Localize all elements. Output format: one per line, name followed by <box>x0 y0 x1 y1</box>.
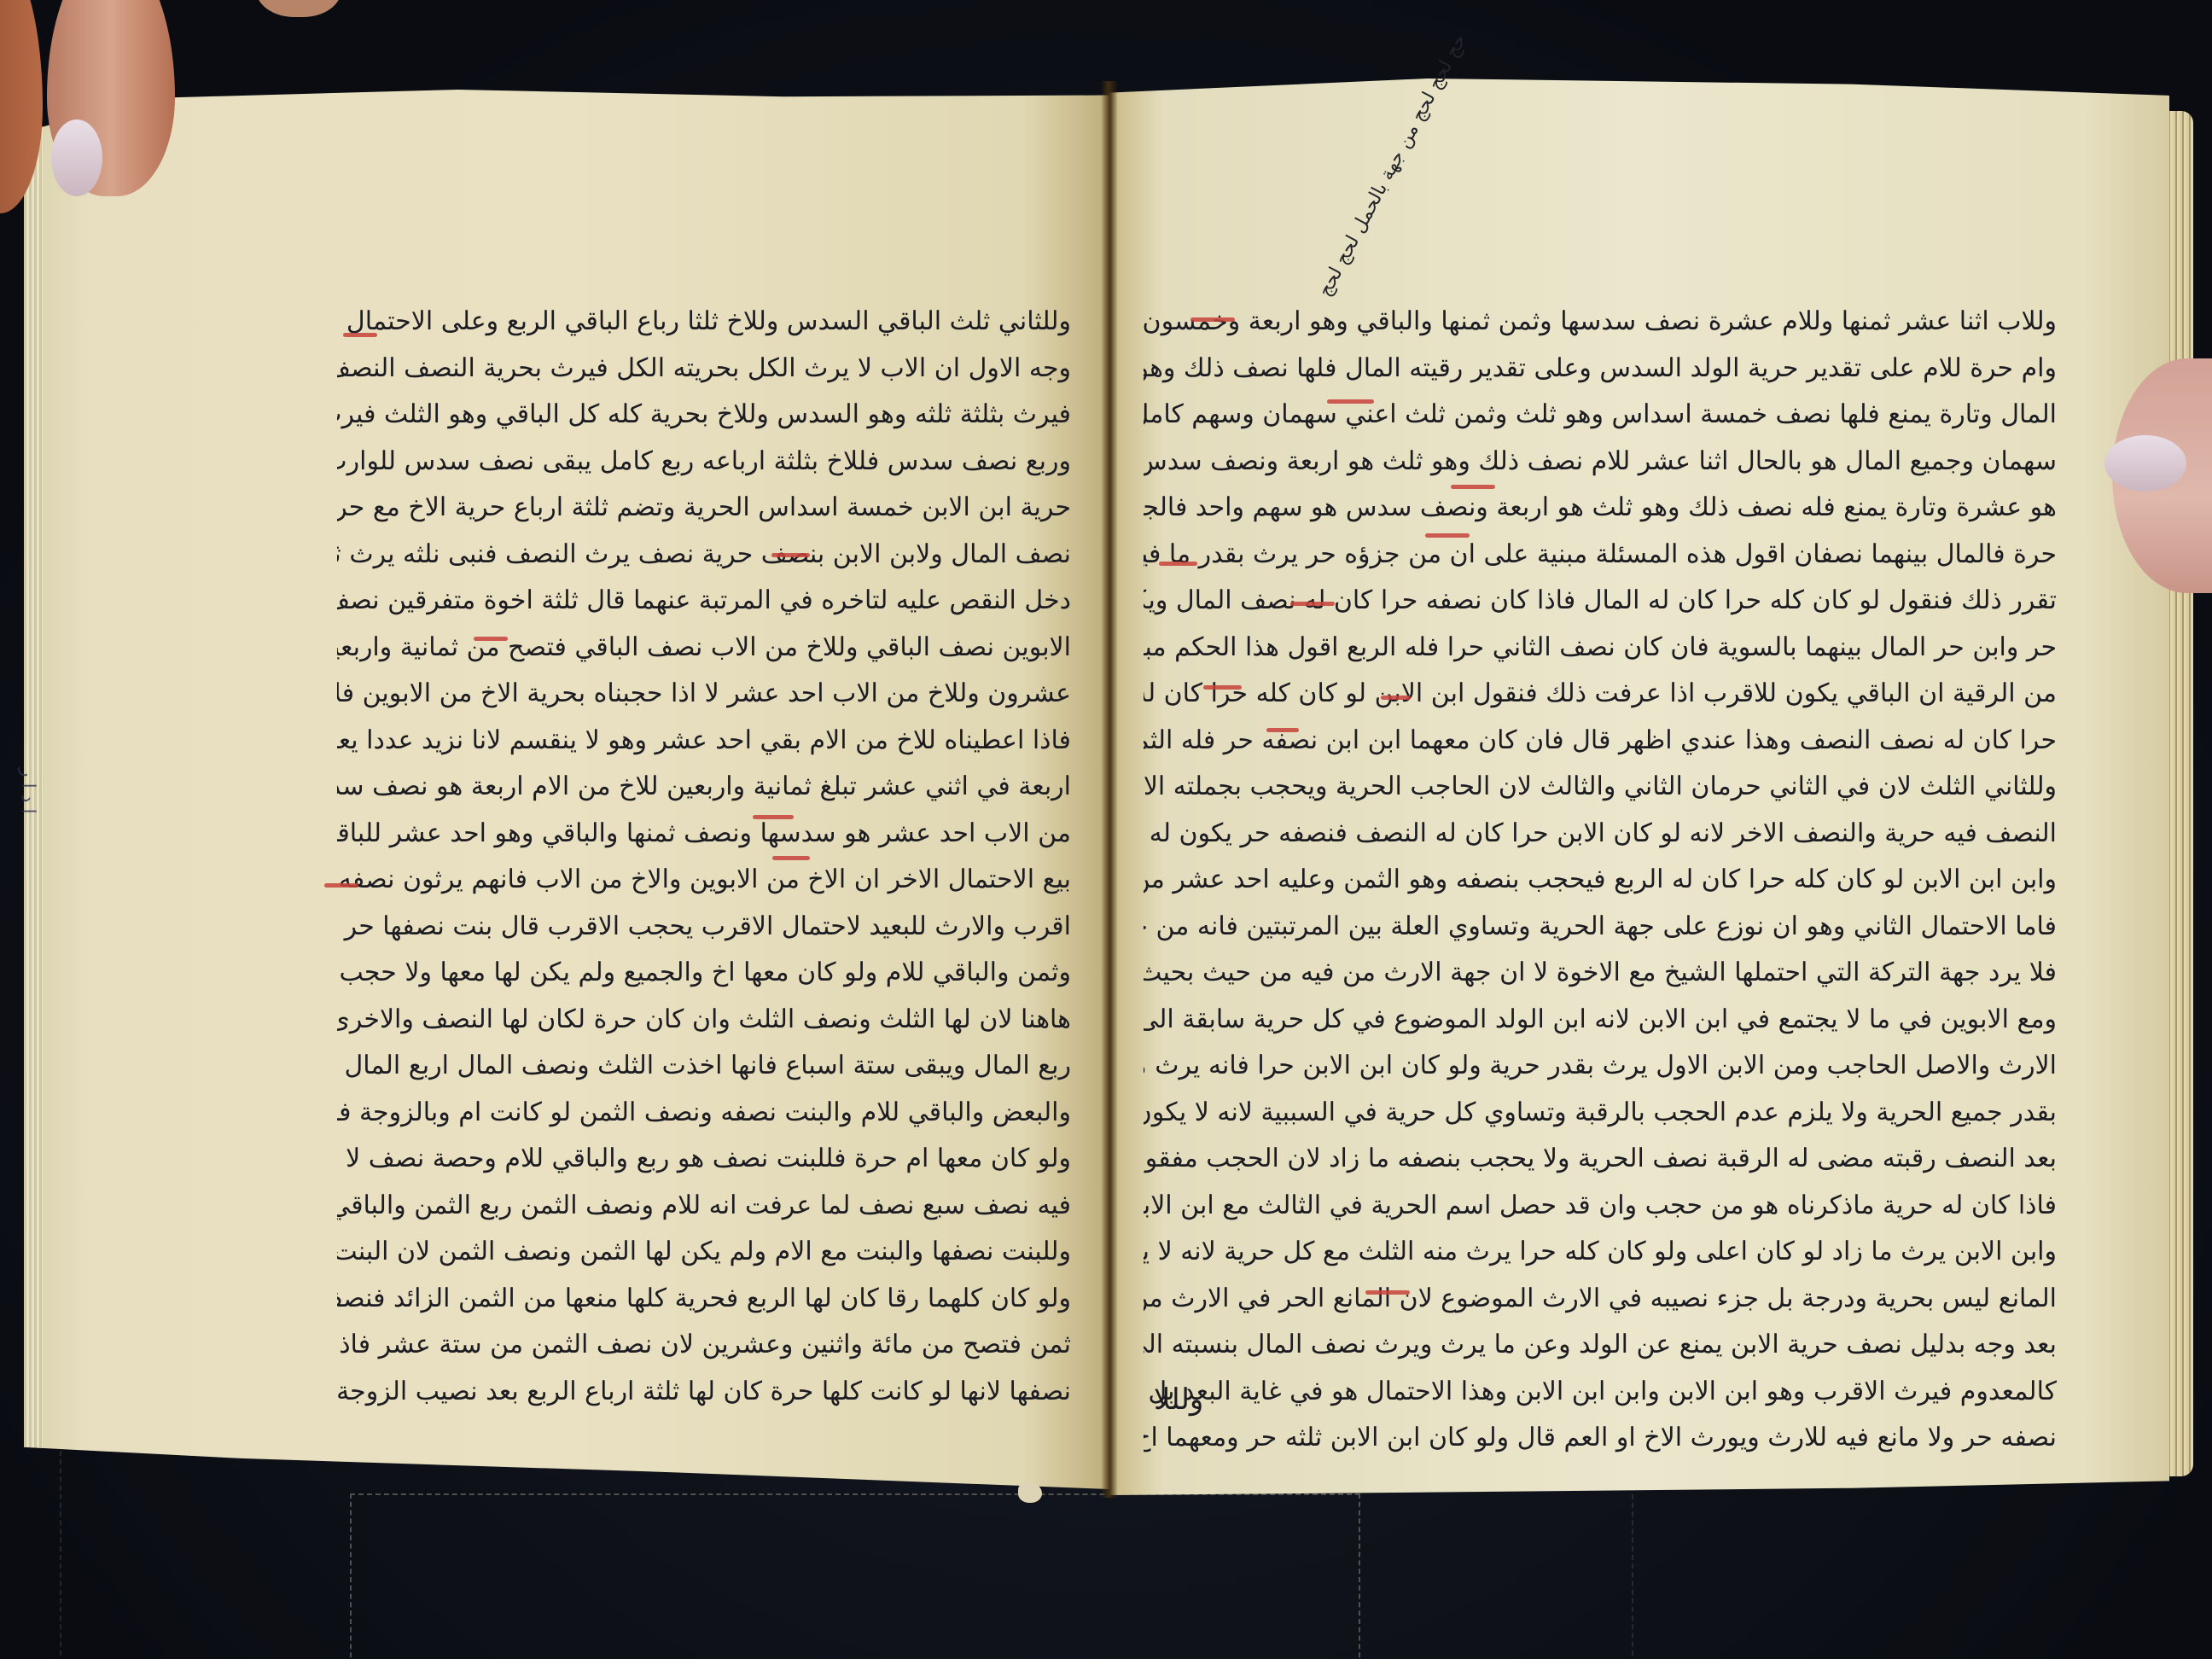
manuscript-line: والبعض والباقي للام والبنت نصفه ونصف الث… <box>337 1090 1071 1137</box>
thumbnail-icon <box>2104 435 2186 492</box>
manuscript-line: حرية ابن الابن خمسة اسداس الحرية وتضم ثل… <box>337 485 1071 532</box>
manuscript-line: نصف المال ولابن الابن بنصف حرية نصف يرث … <box>337 532 1071 579</box>
catchword: ولللا <box>1154 1382 1203 1417</box>
manuscript-line: وثمن والباقي للام ولو كان معها اخ والجمي… <box>337 950 1071 997</box>
manuscript-line: هاهنا لان لها الثلث ونصف الثلث وان كان ح… <box>337 997 1071 1044</box>
manuscript-line: المانع ليس بحرية ودرجة بل جزء نصيبه في ا… <box>1144 1276 2057 1323</box>
manuscript-line: وابن ابن الابن لو كان كله حرا كان له الر… <box>1144 857 2057 904</box>
red-rubric-overline <box>1203 685 1242 690</box>
manuscript-line: بيع الاحتمال الاخر ان الاخ من الابوين وا… <box>337 857 1071 904</box>
manuscript-line: سهمان وجميع المال هو بالحال اثنا عشر للا… <box>1144 439 2057 486</box>
manuscript-line: فاذا اعطيناه للاخ من الام بقي احد عشر وه… <box>337 718 1071 765</box>
red-rubric-overline <box>1290 602 1335 606</box>
red-rubric-overline <box>1381 696 1411 700</box>
manuscript-line: النصف فيه حرية والنصف الاخر لانه لو كان … <box>1144 811 2057 858</box>
manuscript-line: حرة فالمال بينهما نصفان اقول هذه المسئلة… <box>1144 532 2057 579</box>
manuscript-line: وللاب اثنا عشر ثمنها وللام عشرة نصف سدسه… <box>1144 299 2057 346</box>
red-rubric-overline <box>1327 399 1374 404</box>
book-gutter <box>1101 81 1118 1498</box>
manuscript-line: حر وابن حر المال بينهما بالسوية فان كان … <box>1144 625 2057 672</box>
manuscript-line: وللثاني الثلث لان في الثاني حرمان الثاني… <box>1144 764 2057 811</box>
manuscript-line: حرا كان له نصف النصف وهذا عندي اظهر قال … <box>1144 718 2057 765</box>
manuscript-line: وللثاني ثلث الباقي السدس وللاخ ثلثا رباع… <box>337 299 1071 346</box>
open-manuscript: وللثاني ثلث الباقي السدس وللاخ ثلثا رباع… <box>0 0 2212 1659</box>
left-margin-marks: ا د ا ر <box>17 768 38 814</box>
red-rubric-overline <box>1190 317 1235 322</box>
manuscript-line: من الاب احد عشر هو سدسها ونصف ثمنها والب… <box>337 811 1071 858</box>
manuscript-line: تقرر ذلك فنقول لو كان كله حرا كان له الم… <box>1144 578 2057 625</box>
manuscript-line: عشرون وللاخ من الاب احد عشر لا اذا حجبنا… <box>337 671 1071 718</box>
red-rubric-overline <box>772 856 810 860</box>
right-page-text: وللاب اثنا عشر ثمنها وللام عشرة نصف سدسه… <box>1144 299 2057 1462</box>
manuscript-line: ولو كان معها ام حرة فللبنت نصف هو ربع وا… <box>337 1136 1071 1183</box>
manuscript-line: هو عشرة وتارة يمنع فله نصف ذلك وهو ثلث ه… <box>1144 485 2057 532</box>
red-rubric-overline <box>343 333 377 337</box>
manuscript-line: وجه الاول ان الاب لا يرث الكل بحريته الك… <box>337 346 1071 393</box>
red-rubric-overline <box>1451 485 1495 489</box>
torn-paper-fragment <box>1018 1482 1042 1503</box>
manuscript-line: فيه نصف سبع نصف لما عرفت انه للام ونصف ا… <box>337 1183 1071 1230</box>
manuscript-line: فاما الاحتمال الثاني وهو ان نوزع على جهة… <box>1144 904 2057 951</box>
red-rubric-overline <box>753 815 794 819</box>
manuscript-line: بعد النصف رقبته مضى له الرقبة نصف الحرية… <box>1144 1136 2057 1183</box>
red-rubric-overline <box>1425 533 1470 538</box>
manuscript-line: فاذا كان له حرية ماذكرناه هو من حجب وان … <box>1144 1183 2057 1230</box>
manuscript-line: المال وتارة يمنع فلها نصف خمسة اسداس وهو… <box>1144 392 2057 439</box>
manuscript-line: اقرب والارث للبعيد لاحتمال الاقرب يحجب ا… <box>337 904 1071 951</box>
manuscript-line: الابوين نصف الباقي وللاخ من الاب نصف الب… <box>337 625 1071 672</box>
red-rubric-overline <box>771 553 810 557</box>
red-rubric-overline <box>474 637 508 641</box>
manuscript-line: وربع نصف سدس فللاخ بثلثة ارباعه ربع كامل… <box>337 439 1071 486</box>
left-page-text: وللثاني ثلث الباقي السدس وللاخ ثلثا رباع… <box>337 299 1071 1415</box>
red-rubric-overline <box>1159 562 1197 566</box>
manuscript-line: بعد وجه بدليل نصف حرية الابن يمنع عن الو… <box>1144 1322 2057 1369</box>
manuscript-line: فيرث بثلثة ثلثه وهو السدس وللاخ بحرية كل… <box>337 392 1071 439</box>
manuscript-line: كالمعدوم فيرث الاقرب وهو ابن الابن وابن … <box>1144 1369 2057 1416</box>
manuscript-line: الارث والاصل الحاجب ومن الابن الاول يرث … <box>1144 1043 2057 1090</box>
manuscript-line: ثمن فتصح من مائة واثنين وعشرين لان نصف ا… <box>337 1322 1071 1369</box>
fingernail-icon <box>51 119 102 196</box>
manuscript-line: من الرقية ان الباقي يكون للاقرب اذا عرفت… <box>1144 671 2057 718</box>
red-rubric-overline <box>1365 1290 1410 1295</box>
manuscript-line: اربعة في اثني عشر تبلغ ثمانية واربعين لل… <box>337 764 1071 811</box>
manuscript-line: نصفها لانها لو كانت كلها حرة كان لها ثلث… <box>337 1369 1071 1416</box>
manuscript-line: فلا يرد جهة التركة التي احتملها الشيخ مع… <box>1144 950 2057 997</box>
red-rubric-overline <box>324 883 358 888</box>
red-rubric-overline <box>1266 728 1299 732</box>
manuscript-line: دخل النقص عليه لتاخره في المرتبة عنهما ق… <box>337 578 1071 625</box>
manuscript-line: نصفه حر ولا مانع فيه للارث ويورث الاخ او… <box>1144 1415 2057 1462</box>
manuscript-line: ربع المال ويبقى ستة اسباع فانها اخذت الث… <box>337 1043 1071 1090</box>
manuscript-line: ومع الابوين في ما لا يجتمع في ابن الابن … <box>1144 997 2057 1044</box>
manuscript-line: وام حرة للام على تقدير حرية الولد السدس … <box>1144 346 2057 393</box>
manuscript-line: ولو كان كلهما رقا كان لها الربع فحرية كل… <box>337 1276 1071 1323</box>
manuscript-line: وللبنت نصفها والبنت مع الام ولم يكن لها … <box>337 1229 1071 1276</box>
manuscript-line: بقدر جميع الحرية ولا يلزم عدم الحجب بالر… <box>1144 1090 2057 1137</box>
manuscript-line: وابن الابن يرث ما زاد لو كان اعلى ولو كا… <box>1144 1229 2057 1276</box>
